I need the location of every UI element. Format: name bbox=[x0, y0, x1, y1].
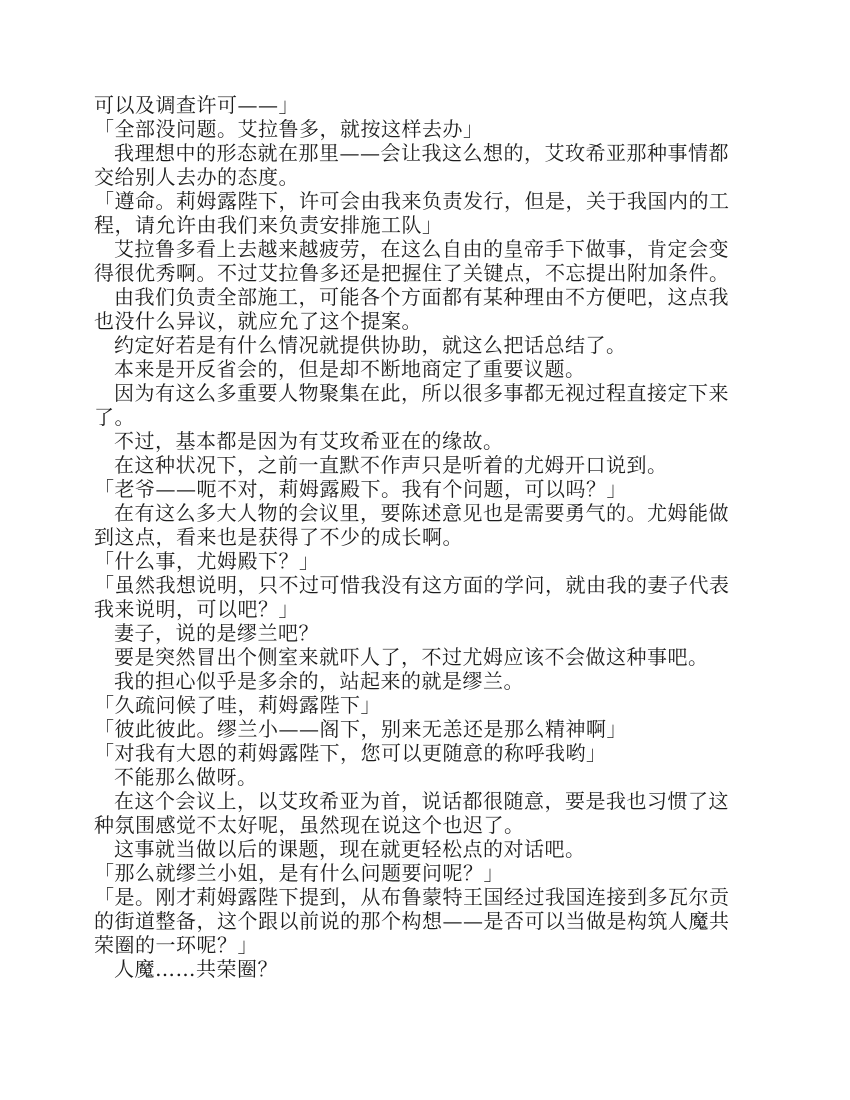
text-line: 艾拉鲁多看上去越来越疲劳，在这么自由的皇帝手下做事，肯定会变 bbox=[94, 237, 762, 261]
document-page: 可以及调查许可——」「全部没问题。艾拉鲁多，就按这样去办」我理想中的形态就在那里… bbox=[0, 0, 850, 1100]
text-line: 在这种状况下，之前一直默不作声只是听着的尤姆开口说到。 bbox=[94, 453, 762, 477]
text-line: 「遵命。莉姆露陛下，许可会由我来负责发行，但是，关于我国内的工 bbox=[94, 189, 762, 213]
text-line: 「虽然我想说明，只不过可惜我没有这方面的学问，就由我的妻子代表 bbox=[94, 573, 762, 597]
text-line: 「彼此彼此。缪兰小——阁下，别来无恙还是那么精神啊」 bbox=[94, 717, 762, 741]
text-line: 本来是开反省会的，但是却不断地商定了重要议题。 bbox=[94, 357, 762, 381]
text-line: 约定好若是有什么情况就提供协助，就这么把话总结了。 bbox=[94, 333, 762, 357]
text-line: 「老爷——呃不对，莉姆露殿下。我有个问题，可以吗？」 bbox=[94, 477, 762, 501]
text-line: 得很优秀啊。不过艾拉鲁多还是把握住了关键点，不忘提出附加条件。 bbox=[94, 261, 762, 285]
text-line: 可以及调查许可——」 bbox=[94, 93, 762, 117]
novel-text-block: 可以及调查许可——」「全部没问题。艾拉鲁多，就按这样去办」我理想中的形态就在那里… bbox=[94, 93, 762, 981]
text-line: 不过，基本都是因为有艾玫希亚在的缘故。 bbox=[94, 429, 762, 453]
text-line: 了。 bbox=[94, 405, 762, 429]
text-line: 我来说明，可以吧？」 bbox=[94, 597, 762, 621]
text-line: 「是。刚才莉姆露陛下提到，从布鲁蒙特王国经过我国连接到多瓦尔贡 bbox=[94, 885, 762, 909]
text-line: 由我们负责全部施工，可能各个方面都有某种理由不方便吧，这点我 bbox=[94, 285, 762, 309]
text-line: 在有这么多大人物的会议里，要陈述意见也是需要勇气的。尤姆能做 bbox=[94, 501, 762, 525]
text-line: 荣圈的一环呢？」 bbox=[94, 933, 762, 957]
text-line: 种氛围感觉不太好呢，虽然现在说这个也迟了。 bbox=[94, 813, 762, 837]
text-line: 要是突然冒出个侧室来就吓人了，不过尤姆应该不会做这种事吧。 bbox=[94, 645, 762, 669]
text-line: 因为有这么多重要人物聚集在此，所以很多事都无视过程直接定下来 bbox=[94, 381, 762, 405]
text-line: 「久疏问候了哇，莉姆露陛下」 bbox=[94, 693, 762, 717]
text-line: 「那么就缪兰小姐，是有什么问题要问呢？」 bbox=[94, 861, 762, 885]
text-line: 「全部没问题。艾拉鲁多，就按这样去办」 bbox=[94, 117, 762, 141]
text-line: 交给别人去办的态度。 bbox=[94, 165, 762, 189]
text-line: 妻子，说的是缪兰吧？ bbox=[94, 621, 762, 645]
text-line: 人魔……共荣圈？ bbox=[94, 957, 762, 981]
text-line: 也没什么异议，就应允了这个提案。 bbox=[94, 309, 762, 333]
text-line: 「对我有大恩的莉姆露陛下，您可以更随意的称呼我哟」 bbox=[94, 741, 762, 765]
text-line: 在这个会议上，以艾玫希亚为首，说话都很随意，要是我也习惯了这 bbox=[94, 789, 762, 813]
text-line: 到这点，看来也是获得了不少的成长啊。 bbox=[94, 525, 762, 549]
text-line: 「什么事，尤姆殿下？」 bbox=[94, 549, 762, 573]
text-line: 的街道整备，这个跟以前说的那个构想——是否可以当做是构筑人魔共 bbox=[94, 909, 762, 933]
text-line: 这事就当做以后的课题，现在就更轻松点的对话吧。 bbox=[94, 837, 762, 861]
text-line: 程，请允许由我们来负责安排施工队」 bbox=[94, 213, 762, 237]
text-line: 不能那么做呀。 bbox=[94, 765, 762, 789]
text-line: 我的担心似乎是多余的，站起来的就是缪兰。 bbox=[94, 669, 762, 693]
text-line: 我理想中的形态就在那里——会让我这么想的，艾玫希亚那种事情都 bbox=[94, 141, 762, 165]
